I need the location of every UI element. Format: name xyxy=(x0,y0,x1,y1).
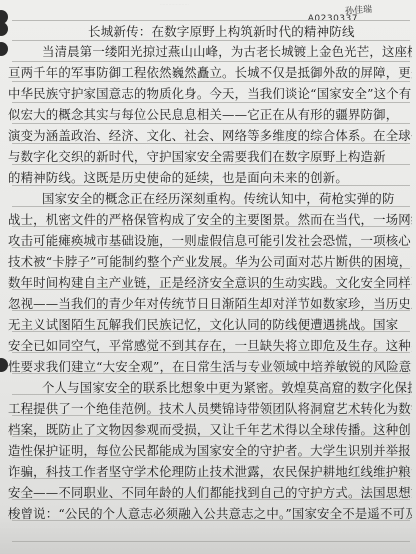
essay-title: 长城新传：在数字原野上构筑新时代的精神防线 xyxy=(88,22,412,41)
essay-line: 数年时间构建自主产业链，正是经济安全意识的生动实践。文化安全同样不容 xyxy=(8,273,412,292)
binder-hole xyxy=(0,22,8,36)
essay-line: 亘两千年的军事防御工程依然巍然矗立。长城不仅是抵御外敌的屏障，更是 xyxy=(8,63,412,82)
essay-line: 造性保护证明，每位公民都能成为国家安全的守护者。大学生识别并举报网络 xyxy=(8,441,412,460)
essay-line: 中华民族守护家国意志的物质化身。今天，当我们谈论“国家安全”这个有 xyxy=(8,84,412,103)
essay-line: 工程提供了一个绝佳范例。技术人员樊锦诗带领团队将洞窟艺术转化为数字 xyxy=(8,399,412,418)
essay-line: 梭曾说：“公民的个人意志必须融入公共意志之中。”国家安全不是遥不可及的政 xyxy=(8,504,412,523)
essay-line: 无主义试图陌生瓦解我们民族记忆，文化认同的防线便遭遇挑战。国家 xyxy=(8,315,412,334)
essay-line: 国家安全的概念正在经历深刻重构。传统认知中，荷枪实弹的防 xyxy=(8,189,412,208)
essay-page: ···················· 孙佳瑞 A0230337 长城新传：在… xyxy=(0,0,416,554)
binder-hole xyxy=(0,42,8,56)
binder-hole xyxy=(0,358,8,372)
essay-line: 战士，机密文件的严格保管构成了安全的主要图景。然而在当代，一场网络 xyxy=(8,210,412,229)
essay-line: 个人与国家安全的联系比想象中更为紧密。敦煌莫高窟的数字化保护 xyxy=(8,378,412,397)
essay-line: 档案，既防止了文物因参观而受损，又让千年艺术得以全球传播。这种创 xyxy=(8,420,412,439)
essay-line: 忽视——当我们的青少年对传统节日日渐陌生却对洋节如数家珍，当历史虚 xyxy=(8,294,412,313)
essay-line: 攻击可能瘫痪城市基础设施，一则虚假信息可能引发社会恐慌，一项核心 xyxy=(8,231,412,250)
ruled-line xyxy=(12,61,410,62)
essay-line: 安全——不同职业、不同年龄的人们都能找到自己的守护方式。法国思想家卢 xyxy=(8,483,412,502)
essay-line: 安全已如同空气，平常感觉不到其存在，一旦缺失将立即危及生存。这种多维 xyxy=(8,336,412,355)
essay-line: 与数字化交织的新时代，守护国家安全需要我们在数字原野上构造新 xyxy=(8,147,412,166)
essay-line: 诈骗，科技工作者坚守学术伦理防止技术泄露，农民保护耕地红线维护粮食 xyxy=(8,462,412,481)
ruled-line xyxy=(12,20,410,21)
essay-line: 技术被“卡脖子”可能制约整个产业发展。华为公司面对芯片断供的困境，用 xyxy=(8,252,412,271)
essay-line: 似宏大的概念其实与每位公民息息相关——它正在从有形的疆界防御， xyxy=(8,105,412,124)
essay-line: 当清晨第一缕阳光掠过燕山山峰，为古老长城镀上金色光芒，这座横 xyxy=(8,42,412,61)
faint-page-header: ···················· xyxy=(160,2,270,6)
essay-line: 性要求我们建立“大安全观”，在日常生活与专业领域中培养敏锐的风险意识。 xyxy=(8,357,412,376)
essay-line: 演变为涵盖政治、经济、文化、社会、网络等多维度的综合体系。在全球化 xyxy=(8,126,412,145)
ruled-line xyxy=(12,541,410,542)
essay-line: 的精神防线。这既是历史使命的延续，也是面向未来的创新。 xyxy=(8,168,412,187)
